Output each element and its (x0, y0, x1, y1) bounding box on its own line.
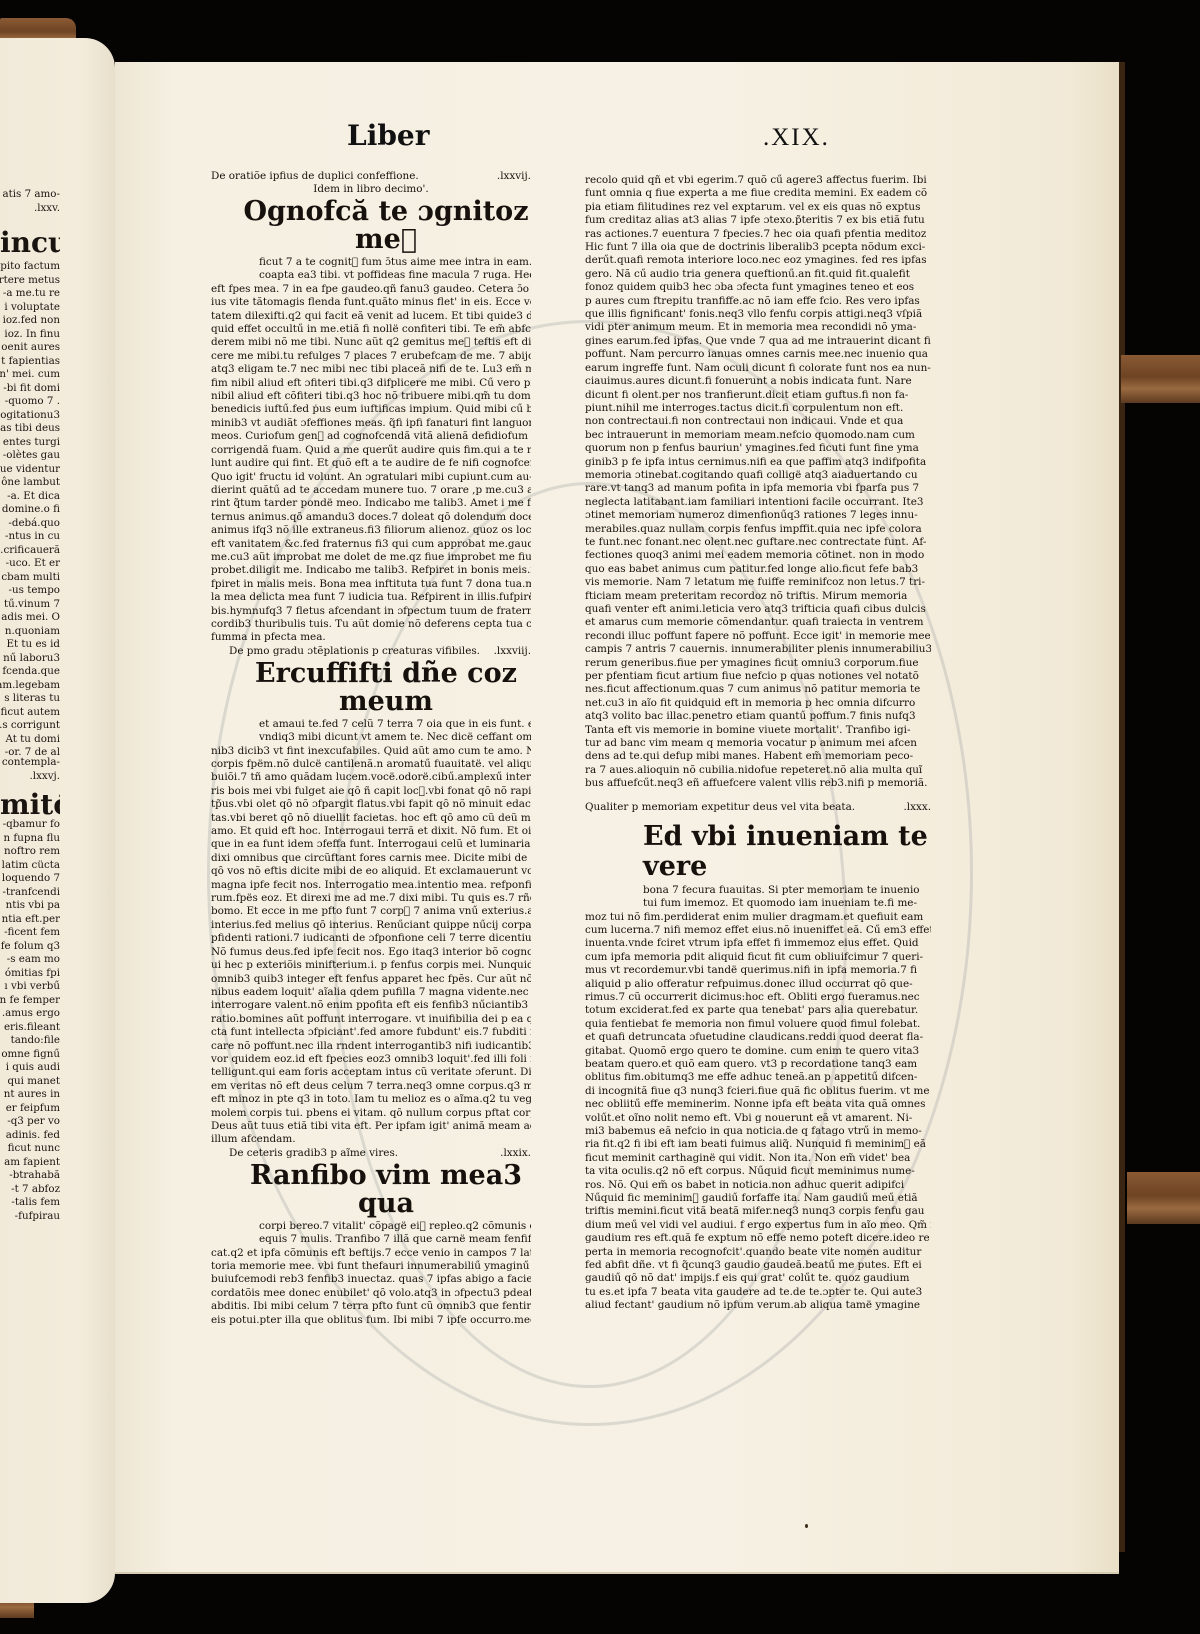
chapter-rubric: De ceteris gradib3 p aĩme vires. .lxxix. (229, 1147, 531, 1160)
text-line: cere me mibi.tu refulges 7 places 7 erub… (211, 350, 531, 363)
text-line: am fapient (0, 1156, 60, 1170)
text-line: te funt.nec fonant.nec olent.nec guftare… (585, 536, 931, 549)
text-line: bi fit domi- (0, 382, 60, 396)
text-line: equis 7 mulis. Tranfibo 7 illă que carnë… (211, 1233, 531, 1246)
text-line: bis.hymnufq3 7 fletus afcendant in ɔfpec… (211, 605, 531, 618)
chapter-number: .lxxix. (500, 1147, 531, 1160)
text-line: derűt.quafi remota interiore loco.nec eo… (585, 254, 931, 267)
text-line: tranfcendi- (0, 886, 60, 900)
text-line: dicunt fi olent.per nos tranfierunt.dici… (585, 389, 931, 402)
text-line: ertere metus (0, 274, 60, 288)
text-line: totum exciderat.fed ex parte qua tenebat… (585, 1004, 931, 1017)
text-line: gaudiű qȏ nõ dat' impijs.f eis qui grat'… (585, 1272, 931, 1285)
text-line: rum.fpës eoz. Et direxi me ad me.7 dixi … (211, 892, 531, 905)
text-line: aliquid p alio offeratur refpuimus.donec… (585, 978, 931, 991)
text-line: poffunt. Nam percurro ianuas omnes carni… (585, 348, 931, 361)
text-line: rimus.7 cũ occurrerit dicimus:hoc eft. O… (585, 991, 931, 1004)
text-line: eft vanitatem &c.fed fraternus fi3 qui c… (211, 538, 531, 551)
text-line: ius vite tătomagis flenda funt.quăto min… (211, 296, 531, 309)
text-line: noftro rem (0, 845, 60, 859)
text-line: amus ergo. (0, 1007, 60, 1021)
text-line: ras actiones.7 euentura 7 fpecies.7 hec … (585, 228, 931, 241)
text-line: magna ipfe fecit nos. Interrogatio mea.i… (211, 879, 531, 892)
text-line: atq3 volito bac illac.penetro etiam quan… (585, 710, 931, 723)
text-line: ginib3 p fe ipfa intus cernimus.nifi ea … (585, 456, 931, 469)
text-line: pito factum (0, 260, 60, 274)
text-line: aliud fectant' gaudium nõ ipfum verum.ab… (585, 1299, 931, 1312)
chapter-number: .lxxvij. (497, 170, 531, 183)
text-line: ône lambut (0, 476, 60, 490)
book-page-right: Liber .XIX. De oratiõe ipfius de duplici… (115, 62, 1119, 1574)
text-line: n fe femper (0, 994, 60, 1008)
chapter-number: .lxxviij. (494, 645, 531, 658)
leather-clasp-strap-upper (1121, 355, 1200, 403)
text-line: meos. Curiofum gen᷒ ad cognofcendă vită … (211, 430, 531, 443)
text-line: ntus in cu- (0, 530, 60, 544)
text-line: quafi venter eft animi.leticia vero atq3… (585, 603, 931, 616)
text-line: domine.o fi (0, 503, 60, 517)
text-line: interrogare valent.nõ enim ppofita eft e… (211, 999, 531, 1012)
text-line: ntis vbi pa (0, 899, 60, 913)
text-line: n' mei. cum (0, 368, 60, 382)
text-line: mi3 babemus eă nefcio in qua noticia.de … (585, 1125, 931, 1138)
text-line: ta vita oculis.q2 nõ eft corpus. Nűquid … (585, 1165, 931, 1178)
text-line: fonoz quidem quib3 hec ɔba ɔfecta funt y… (585, 281, 931, 294)
text-line: talis fem- (0, 1196, 60, 1210)
rubric-subtitle: Idem in libro decimo'. (211, 183, 531, 196)
text-line: ficent fem- (0, 926, 60, 940)
paragraph-block: bona 7 fecura fuauitas. Si pter memoriam… (585, 884, 931, 1313)
text-line: quid effet occultű in me.etiă fi nollë c… (211, 323, 531, 336)
incipit-heading: Ognofcă te ɔgnitoz me᷒ (241, 198, 531, 254)
text-line: . 7 quomo- (0, 395, 60, 409)
text-line: toria memorie mee. vbi funt thefauri inn… (211, 1260, 531, 1273)
text-line: rint q̃tum tarder pondë meo. Indicabo me… (211, 497, 531, 510)
text-line: vidi pter animum meum. Et in memoria mea… (585, 321, 931, 334)
text-line: tur ad banc vim meam q memoria vocatur p… (585, 737, 931, 750)
text-line: ue videntur (0, 463, 60, 477)
text-line: olètes gau- (0, 449, 60, 463)
rubric-text: Qualiter p memoriam expetitur deus vel v… (585, 801, 855, 814)
text-line: dium meű vel vidi vel audiui. f ergo exp… (585, 1219, 931, 1232)
text-line: recolo quid qñ et vbi egerim.7 quõ cű ag… (585, 174, 931, 187)
text-line: i voluptate (0, 301, 60, 315)
text-line: rare.vt tanq3 ad manum pofita in ipfa me… (585, 482, 931, 495)
text-line: eris.fileant (0, 1021, 60, 1035)
text-line: care nõ poffunt.nec illa rndent interrog… (211, 1040, 531, 1053)
facing-page-left: atis 7 amo- .lxxv. incu pito factumerter… (0, 38, 115, 1603)
text-column-left: De oratiõe ipfius de duplici confeffione… (211, 170, 531, 1327)
text-line: recondi illuc poffunt fapere nõ poffunt.… (585, 630, 931, 643)
text-line: ioz.fed non (0, 314, 60, 328)
facing-page-lines-mid: contempla- .lxxvj. (0, 756, 60, 783)
text-line: derem mibi nõ me tibi. Nunc aũt q2 gemit… (211, 336, 531, 349)
incipit-heading: Ed vbi inueniam te vere (643, 822, 931, 882)
text-line: bona 7 fecura fuauitas. Si pter memoriam… (585, 884, 931, 897)
text-line: net.cu3 in aĩo fit quidquid eft in memor… (585, 697, 931, 710)
text-line: coapta ea3 tibi. vt poffideas fine macul… (211, 269, 531, 282)
text-line: corpi bereo.7 vitalit' cõpagë ei᷒ repleo… (211, 1220, 531, 1233)
text-line: mus vt recordemur.vbi tandë querimus.nif… (585, 964, 931, 977)
text-line: nec obliitű effe meminerim. Nonne ipfa e… (585, 1098, 931, 1111)
text-line: qui manet (0, 1075, 60, 1089)
rubric-text: De pmo gradu ɔtẽplationis p creaturas vi… (229, 645, 480, 658)
text-line: la mea delicta mea funt 7 iudicia tua. R… (211, 591, 531, 604)
text-line: er feipfum (0, 1102, 60, 1116)
text-line: ris bois mei vbi fulget aie qȏ ñ capit l… (211, 785, 531, 798)
text-line: gaudium res eft.quă fe exptum nõ effe ne… (585, 1232, 931, 1245)
text-line: fcenda.que (0, 665, 60, 679)
text-line: minib3 vt audiãt ɔfeffiones meas. q̃fi i… (211, 417, 531, 430)
ink-speck (805, 1524, 808, 1528)
text-line: fticiam meam preteritam recordoz nõ trif… (585, 590, 931, 603)
text-line: campis 7 antris 7 cauernis. innumerabili… (585, 643, 931, 656)
text-line: molem corpis tui. pbens ei vitam. qȏ nul… (211, 1107, 531, 1120)
facing-page-lines-top: atis 7 amo- .lxxv. (0, 188, 60, 215)
text-line: eft fpes mea. 7 in ea fpe gaudeo.qñ fanu… (211, 283, 531, 296)
facing-page-text-block-b: qbamur fo-n fupna flunoftro remlatim cüc… (0, 818, 60, 1223)
text-line: ratio.bomines aũt poffunt interrogare. v… (211, 1013, 531, 1026)
text-line: entes turgi (0, 436, 60, 450)
text-line: ficut nunc (0, 1142, 60, 1156)
text-line: ntia eft.per (0, 913, 60, 927)
rubric-text: De ceteris gradib3 p aĩme vires. (229, 1147, 398, 1160)
text-line: lunt audire qui fint. Et quõ eft a te au… (211, 457, 531, 470)
text-line: ra 7 aues.alioquin nõ cubilia.nidofue re… (585, 764, 931, 777)
text-line: bus affuefcűt.neq3 eñ affuefcere valent … (585, 777, 931, 790)
paragraph-block: recolo quid qñ et vbi egerim.7 quõ cű ag… (585, 174, 931, 791)
text-line: ficut meminit carthaginë qui vidit. Non … (585, 1152, 931, 1165)
text-line: em veritas nõ eft deus celum 7 terra.neq… (211, 1080, 531, 1093)
text-line: tas.vbi beret qȏ nõ diuellit facietas. h… (211, 812, 531, 825)
text-line: Deus aũt tuus etiă tibi vita eft. Per ip… (211, 1120, 531, 1133)
text-line: s literas tu (0, 692, 60, 706)
incipit-heading: Ercuffifti dñe coz meum (241, 660, 531, 716)
text-line: Hic funt 7 illa oia que de doctrinis lib… (585, 241, 931, 254)
text-line: di incognită fiue q3 nunq3 fcieri.fiue q… (585, 1085, 931, 1098)
text-line: eft minoz in pte q3 in toto. Iam tu meli… (211, 1093, 531, 1106)
text-line: s corrigunt. (0, 719, 60, 733)
text-line: ómitias fpi (0, 967, 60, 981)
facing-line: .lxxvj. (0, 770, 60, 784)
text-line: corpis fpëm.nõ dulcë cantilenă.n aromatű… (211, 758, 531, 771)
text-line: gines earum.fed ipfas. Que vnde 7 qua ad… (585, 335, 931, 348)
text-line: btrahabă- (0, 1169, 60, 1183)
text-line: buiufcemodi reb3 fenfib3 inuectaz. quas … (211, 1273, 531, 1286)
text-line: Nõ fumus deus.fed ipfe fecit nos. Ego it… (211, 946, 531, 959)
text-line: gero. Nã cű audio tria genera queftionű.… (585, 268, 931, 281)
text-line: Quo igit' fructu id volunt. An ɔgratular… (211, 471, 531, 484)
text-line: tű.vinum 7 (0, 598, 60, 612)
chapter-rubric: Qualiter p memoriam expetitur deus vel v… (585, 801, 931, 814)
rubric-text: De oratiõe ipfius de duplici confeffione… (211, 170, 419, 183)
text-line: cum ipfa memoria pdit aliquid ficut fit … (585, 951, 931, 964)
text-line: cum lucerna.7 nifi memoz effet eius.nõ i… (585, 924, 931, 937)
paragraph-block: et amaui te.fed 7 celũ 7 terra 7 oia que… (211, 718, 531, 1147)
text-line: quo eas babet animus cum patitur.fed lon… (585, 563, 931, 576)
text-line: fum creditaz alias at3 alias 7 ipfe ɔtex… (585, 214, 931, 227)
text-line: bec intrauerunt in memoriam meam.nefcio … (585, 429, 931, 442)
facing-page-text-block-a: pito factumertere metusa me.tu re-i volu… (0, 260, 60, 760)
text-line: ficut 7 a te cognit᷒ fum ɔ̄tus aime mee … (211, 256, 531, 269)
text-line: non contrectaui.fi non contrectaui non i… (585, 415, 931, 428)
paragraph-block: ficut 7 a te cognit᷒ fum ɔ̄tus aime mee … (211, 256, 531, 645)
text-line: tui fum imemoz. Et quomodo iam inueniam … (585, 897, 931, 910)
text-line: que in ea funt idem ɔfeffa funt. Interro… (211, 838, 531, 851)
text-line: cbam multi (0, 571, 60, 585)
text-line: vndiq3 mibi dicunt vt amem te. Nec dicë … (211, 731, 531, 744)
text-line: tatem dilexifti.q2 qui facit eă venit ad… (211, 310, 531, 323)
text-line: latim cücta (0, 859, 60, 873)
text-line: nibus eadem loquit' aĩalia qdem pufilla … (211, 986, 531, 999)
text-line: merabiles.quaz nullam corpis fenfus impf… (585, 523, 931, 536)
text-line: me.cu3 aũt improbat me dolet de me.qz fi… (211, 551, 531, 564)
text-line: bomo. Et ecce in me pfto funt 7 corp᷒ 7 … (211, 905, 531, 918)
text-line: debá.quo- (0, 517, 60, 531)
text-line: et quafi detruncata ɔfuetudine claudican… (585, 1031, 931, 1044)
text-line: n fupna flu (0, 832, 60, 846)
text-line: dens ad te.qui defup mibi manes. Habent … (585, 750, 931, 763)
text-line: ternus animus.qȏ amandu3 doces.7 doleat … (211, 511, 531, 524)
text-column-right: recolo quid qñ et vbi egerim.7 quõ cű ag… (585, 174, 931, 1313)
text-line: rerum generibus.fiue per ymagines ficut … (585, 657, 931, 670)
text-line: probet.diligit me. Indicabo me talib3. R… (211, 564, 531, 577)
text-line: beatam quero.et quõ eam quero. vt3 p rec… (585, 1058, 931, 1071)
facing-line: .lxxv. (0, 202, 60, 216)
text-line: nibil aliud eft cõfiteri tibi.q3 hoc nõ … (211, 390, 531, 403)
text-line: fpiret in malis meis. Bona mea inftituta… (211, 578, 531, 591)
incipit-heading: Ranfibo vim mea3 qua (241, 1162, 531, 1218)
text-line: perta in memoria recognofcit'.quando bea… (585, 1246, 931, 1259)
chapter-number: .lxxx. (903, 801, 931, 814)
leather-clasp-strap-lower (1127, 1172, 1200, 1224)
text-line: ı vbi verbű (0, 980, 60, 994)
facing-line: atis 7 amo- (0, 188, 60, 202)
text-line: pia etiam filitudines rez vel exptarum. … (585, 201, 931, 214)
text-line: i quis audi (0, 1061, 60, 1075)
paragraph-block: corpi bereo.7 vitalit' cõpagë ei᷒ repleo… (211, 1220, 531, 1327)
text-line: t 7 abfoz- (0, 1183, 60, 1197)
text-line: Tanta eft vis memorie in bomine viuete m… (585, 724, 931, 737)
text-line: ui hec p exteriõis minifterium.i. p fenf… (211, 959, 531, 972)
text-line: uco. Et er- (0, 557, 60, 571)
text-line: a me.tu re- (0, 287, 60, 301)
text-line: ioz. In finu (0, 328, 60, 342)
text-line: vis memorie. Nam 7 letatum me fuiffe rem… (585, 576, 931, 589)
running-head-liber: Liber (347, 119, 429, 152)
text-line: ficut autem (0, 706, 60, 720)
text-line: oenit aures (0, 341, 60, 355)
text-line: fumma in pfecta mea. (211, 631, 531, 644)
text-line: quorum non p fenfus bauriun' ymagines.fe… (585, 442, 931, 455)
text-line: triftis memini.ficut vită beată mifer.ne… (585, 1205, 931, 1218)
text-line: 7 loquendo (0, 872, 60, 886)
text-line: ria fit.q2 fi ibi eft iam beati fuimus a… (585, 1138, 931, 1151)
text-line: quia fentiebat fe memoria non fimul volu… (585, 1018, 931, 1031)
text-line: que illis fignificant' fonis.neq3 vllo f… (585, 308, 931, 321)
text-line: adis mei. O (0, 611, 60, 625)
text-line: crificaueră. (0, 544, 60, 558)
text-line: corrigendă fuam. Quid a me querűt audire… (211, 444, 531, 457)
text-line: ogitationu3 (0, 409, 60, 423)
text-line: q3 per vo- (0, 1115, 60, 1129)
text-line: fed abfit dñe. vt fi q̃cunq3 gaudio gaud… (585, 1259, 931, 1272)
text-line: moz tui nõ fim.perdiderat enim mulier dr… (585, 911, 931, 924)
text-line: ciauimus.aures dicunt.fi fonuerunt a nob… (585, 375, 931, 388)
text-line: volűt.et oĩno nolit nemo eft. Vbi g noue… (585, 1112, 931, 1125)
text-line: interius.fed melius qȏ interius. Renűcia… (211, 919, 531, 932)
facing-line: contempla- (0, 756, 60, 770)
text-line: per pfentiam ficut artium fiue nefcio p … (585, 670, 931, 683)
text-line: nes.ficut affectionum.quas 7 cum animus … (585, 683, 931, 696)
text-line: memoria ɔtinebat.cogitando quafi colligë… (585, 469, 931, 482)
text-line: nt aures in (0, 1088, 60, 1102)
text-line: animus ifq3 nõ ille extraneus.fi3 filior… (211, 524, 531, 537)
text-line: cordib3 thuribulis tuis. Tu aũt domie nõ… (211, 618, 531, 631)
text-line: nib3 dicib3 vt fint inexcufabiles. Quid … (211, 745, 531, 758)
text-line: qbamur fo- (0, 818, 60, 832)
text-line: pfidenti rationi.7 iudicanti de ɔfponfio… (211, 932, 531, 945)
text-line: Et tu es id (0, 638, 60, 652)
text-line: am.legebam (0, 679, 60, 693)
text-line: funt omnia q fiue experta a me fiue cred… (585, 187, 931, 200)
chapter-rubric: De oratiõe ipfius de duplici confeffione… (211, 170, 531, 183)
text-line: tando:file (0, 1034, 60, 1048)
text-line: ros. Nõ. Qui em̃ os babet in noticia.non… (585, 1179, 931, 1192)
chapter-rubric: De pmo gradu ɔtẽplationis p creaturas vi… (229, 645, 531, 658)
text-line: a. Et dica- (0, 490, 60, 504)
text-line: et amaui te.fed 7 celũ 7 terra 7 oia que… (211, 718, 531, 731)
text-line: cta funt intellecta ɔfpiciant'.fed amore… (211, 1026, 531, 1039)
text-line: adinis. fed (0, 1129, 60, 1143)
text-line: fufpirau- (0, 1210, 60, 1224)
text-line: abditis. Ibi mibi celum 7 terra pfto fun… (211, 1300, 531, 1313)
text-line: eis potui.pter illa que oblitus fum. Ibi… (211, 1314, 531, 1327)
text-line: At tu domi (0, 733, 60, 747)
text-line: cordatõis mee donec enubilet' qȏ volo.at… (211, 1287, 531, 1300)
text-line: omne fignű (0, 1048, 60, 1062)
text-line: buiõi.7 tñ amo quădam lucem.vocë.odorë.c… (211, 771, 531, 784)
text-line: omnib3 quib3 integer eft fenfus apparet … (211, 973, 531, 986)
text-line: as tibi deus (0, 422, 60, 436)
text-line: et amarus cum memorie cõmendantur. quafi… (585, 616, 931, 629)
text-line: piunt.nihil me interroges.tactus dicit.f… (585, 402, 931, 415)
text-line: qȏ vos nõ eftis dicite mibi de eo aliqui… (211, 865, 531, 878)
text-line: telligunt.qui eam foris acceptam intus c… (211, 1066, 531, 1079)
text-line: cat.q2 et ipfa cõmunis eft beftijs.7 ecc… (211, 1247, 531, 1260)
text-line: illum afcendam. (211, 1133, 531, 1146)
text-line: fim nibil aliud eft ɔfiteri tibi.q3 difp… (211, 377, 531, 390)
facing-page-incipit-fragment: incu (0, 228, 60, 258)
running-head-folio: .XIX. (763, 124, 830, 152)
text-line: us tempo- (0, 584, 60, 598)
facing-page-incipit-fragment-2: mitő (0, 790, 60, 820)
text-line: amo. Et quid eft hoc. Interrogaui terră … (211, 825, 531, 838)
text-line: oblitus fim.obitumq3 me effe adhuc teneă… (585, 1071, 931, 1084)
text-line: gitabat. Quomõ ergo quero te domine. cum… (585, 1045, 931, 1058)
text-line: n.quoniam (0, 625, 60, 639)
text-line: dierint quătű ad te accedam munere tuo. … (211, 484, 531, 497)
text-line: fectiones quoq3 animi mei eadem memoria … (585, 549, 931, 562)
text-line: tu es.et ipfa 7 beata vita gaudere ad te… (585, 1286, 931, 1299)
text-line: earum ingreffe funt. Nam oculi dicunt fi… (585, 362, 931, 375)
text-line: vor quidem eoz.id eft fpecies eoz3 omnib… (211, 1053, 531, 1066)
text-line: t fapientias (0, 355, 60, 369)
text-line: inuenta.vnde fciret vtrum ipfa effet fi … (585, 937, 931, 950)
text-line: fe folum q3 (0, 940, 60, 954)
text-line: neglecta latitabant.iam familiari intent… (585, 496, 931, 509)
text-line: p aures cum ftrepitu tranfiffe.ac nõ iam… (585, 295, 931, 308)
text-line: benedicis iuftű.fed ṗus eum iuftificas i… (211, 403, 531, 416)
text-line: dixi omnibus que circũftant fores carnis… (211, 852, 531, 865)
text-line: atq3 eligam te.7 nec mibi nec tibi place… (211, 363, 531, 376)
text-line: s eam mo- (0, 953, 60, 967)
text-line: ɔtinet memoriam numeroz dimenfionűq3 rat… (585, 509, 931, 522)
text-line: tp̃us.vbi olet qȏ nõ ɔfpargit flatus.vbi… (211, 798, 531, 811)
text-line: Nűquid fic meminim᷒ gaudiű forfaffe ita.… (585, 1192, 931, 1205)
text-line: nű laboru3 (0, 652, 60, 666)
